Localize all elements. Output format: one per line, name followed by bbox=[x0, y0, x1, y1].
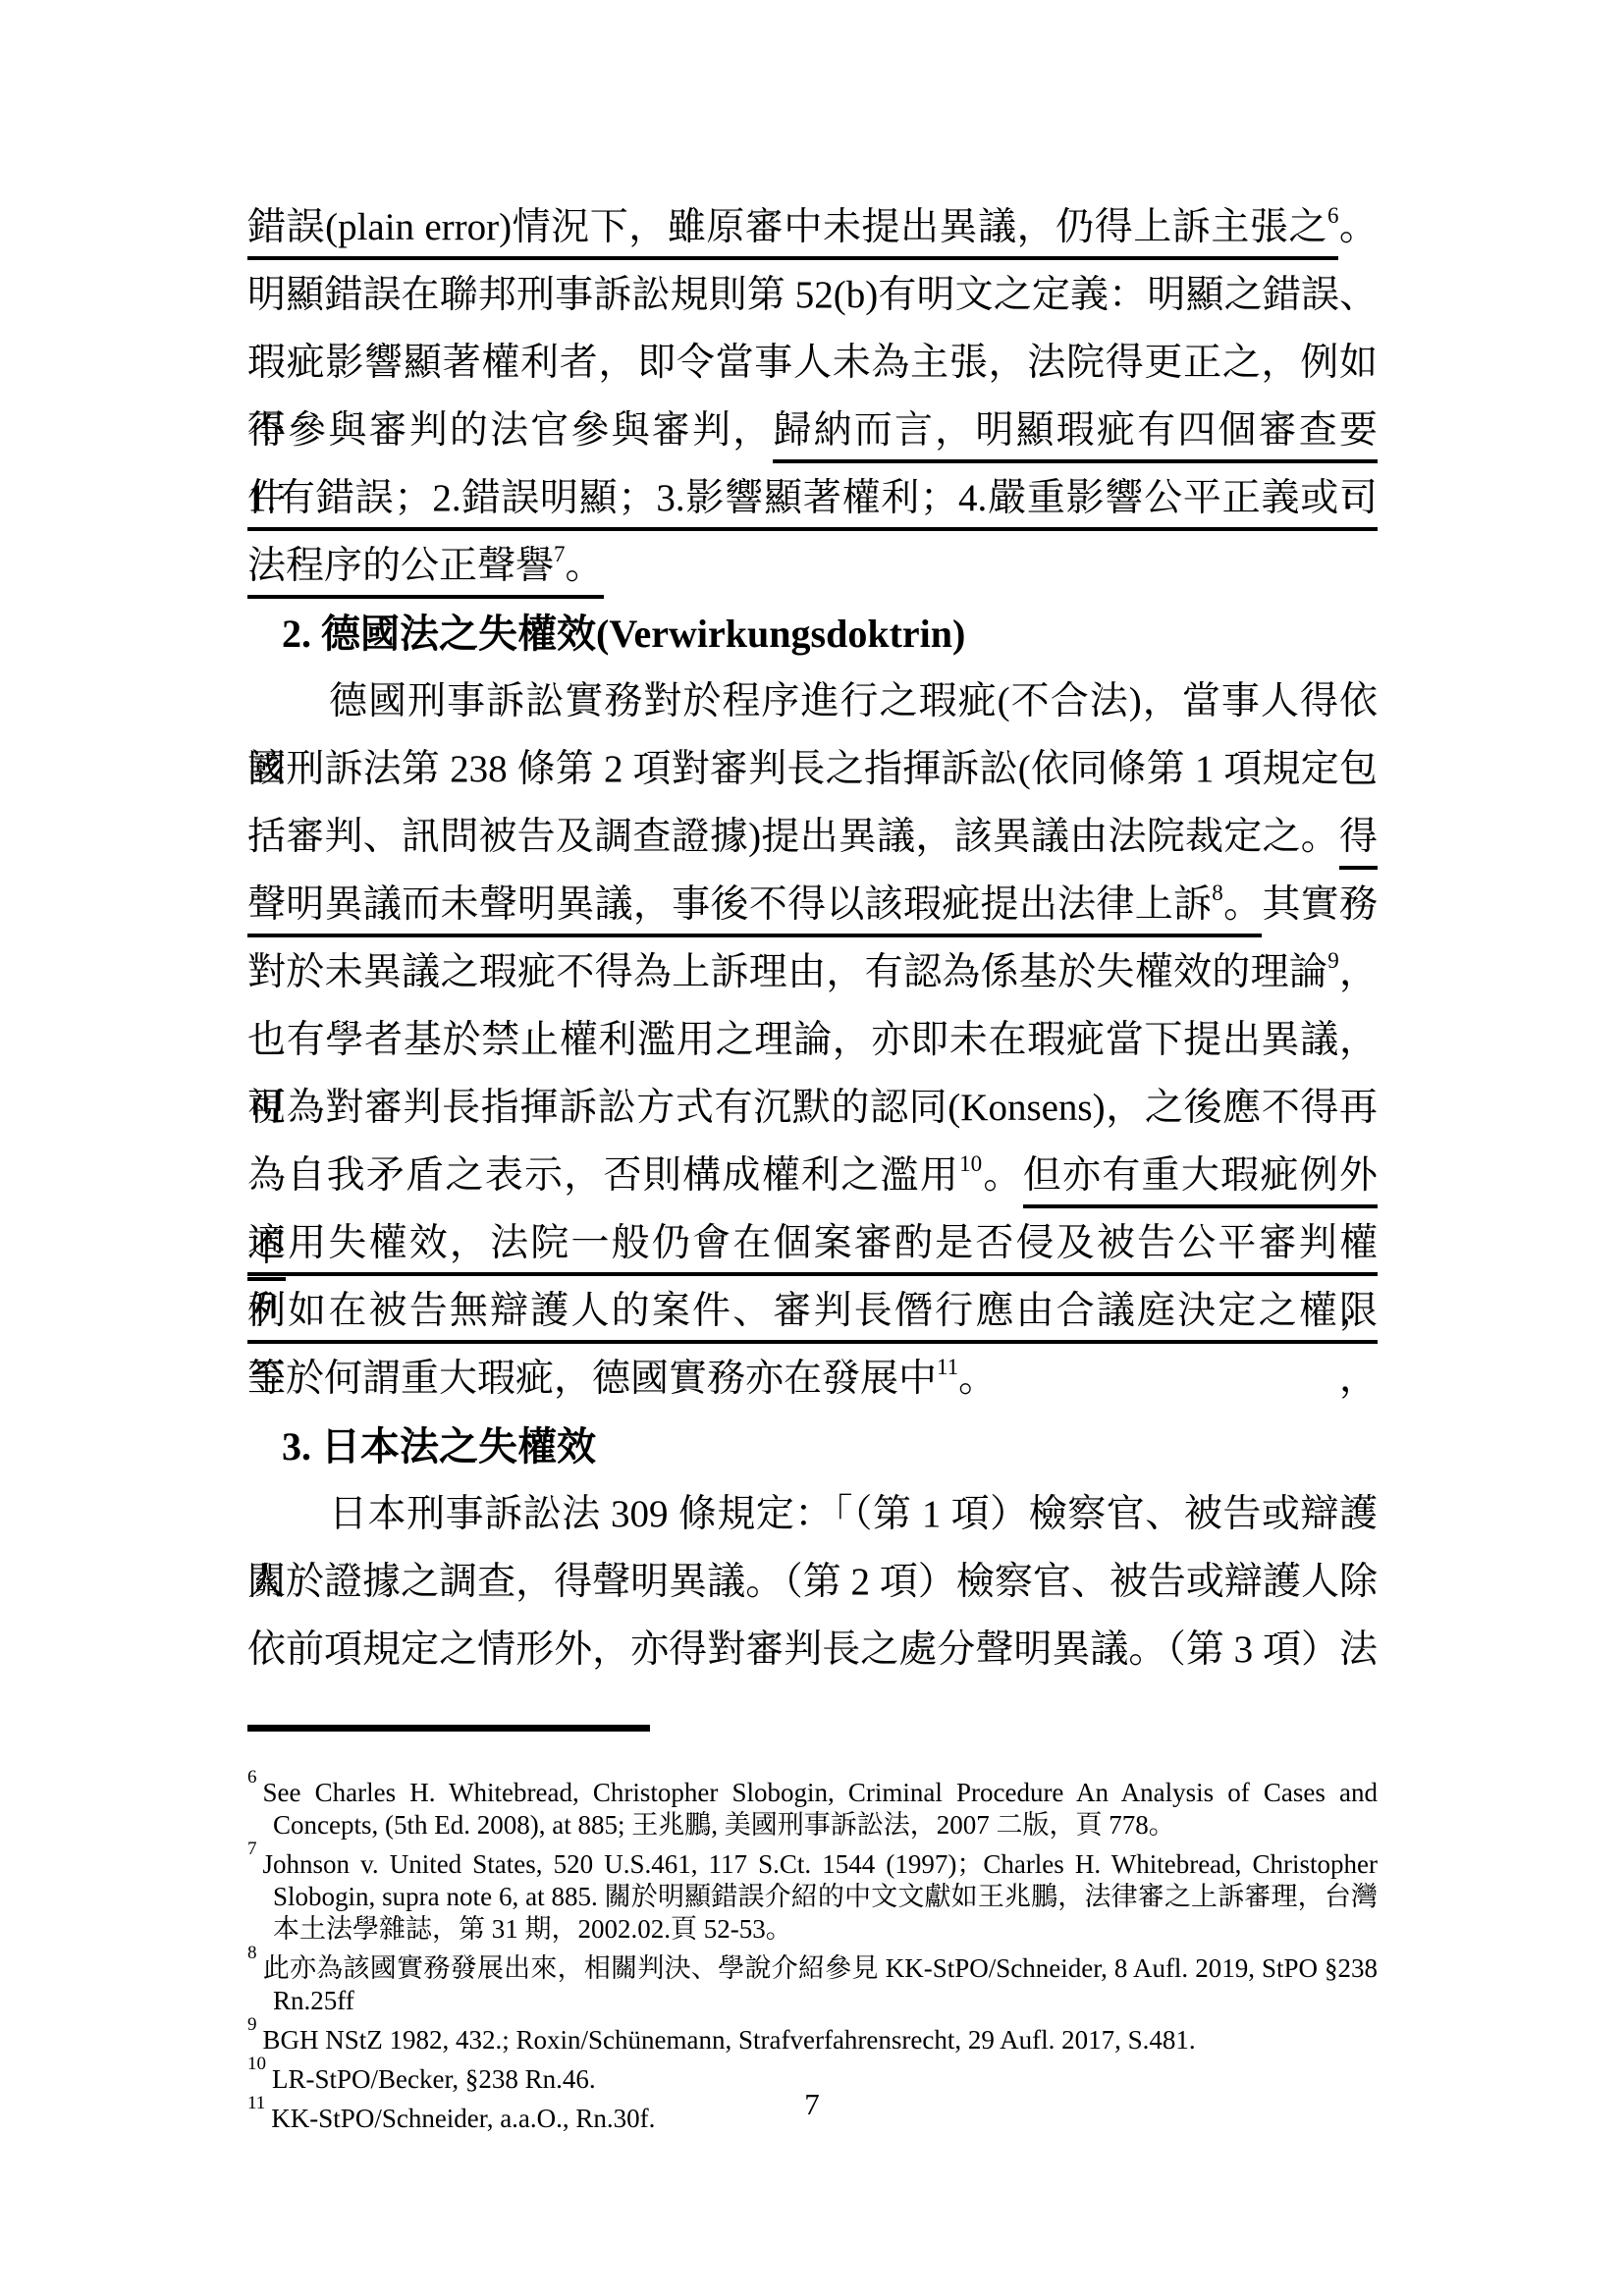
body-line: 德國刑事訴訟實務對於程序進行之瑕疵(不合法)，當事人得依該 bbox=[247, 667, 1378, 735]
footnote: 6See Charles H. Whitebread, Christopher … bbox=[247, 1770, 1378, 1842]
text-segment: 括審判、訊問被告及調查證據)提出異議，該異議由法院裁定之。 bbox=[247, 816, 1339, 858]
body-line: 關於證據之調查，得聲明異議。（第 2 項）檢察官、被告或辯護人除 bbox=[247, 1548, 1378, 1616]
footnote-ref: 9 bbox=[1327, 948, 1339, 973]
text-segment: 其實務 bbox=[1262, 883, 1378, 926]
body-line: 適用失權效，法院一般仍會在個案審酌是否侵及被告公平審判權利， bbox=[247, 1209, 1378, 1277]
text-segment: 明顯錯誤在聯邦刑事訴訟規則第 52(b)有明文之定義：明顯之錯誤、 bbox=[247, 274, 1378, 316]
text-segment: 關於證據之調查，得聲明異議。（第 2 項）檢察官、被告或辯護人除 bbox=[247, 1561, 1378, 1603]
footnote-ref: 6 bbox=[1327, 203, 1339, 228]
body-line: 依前項規定之情形外，亦得對審判長之處分聲明異議。（第 3 項）法 bbox=[247, 1616, 1378, 1683]
document-page: 錯誤(plain error)情況下，雖原審中未提出異議，仍得上訴主張之6。明顯… bbox=[0, 0, 1624, 2296]
footnote-marker: 10 bbox=[247, 2054, 266, 2074]
text-segment: 視為對審判長指揮訴訟方式有沉默的認同(Konsens)，之後應不得再 bbox=[247, 1087, 1378, 1129]
body-line: 對於未異議之瑕疵不得為上訴理由，有認為係基於失權效的理論9， bbox=[247, 938, 1378, 1006]
underlined-text: 錯誤(plain error)情況下，雖原審中未提出異議，仍得上訴主張之6 bbox=[247, 206, 1338, 260]
footnote-marker: 6 bbox=[247, 1767, 257, 1788]
footnote-text: Johnson v. United States, 520 U.S.461, 1… bbox=[263, 1849, 1379, 1944]
text-segment: 錯誤(plain error)情況下，雖原審中未提出異議，仍得上訴主張之 bbox=[247, 206, 1327, 248]
footnote-text: See Charles H. Whitebread, Christopher S… bbox=[263, 1778, 1379, 1840]
text-segment: 聲明異議而未聲明異議，事後不得以該瑕疵提出法律上訴 bbox=[247, 883, 1212, 926]
body-line: 括審判、訊問被告及調查證據)提出異議，該異議由法院裁定之。得 bbox=[247, 803, 1378, 871]
body-line: 視為對審判長指揮訴訟方式有沉默的認同(Konsens)，之後應不得再 bbox=[247, 1074, 1378, 1142]
text-segment: 2. 德國法之失權效(Verwirkungsdoktrin) bbox=[282, 612, 965, 656]
page-number: 7 bbox=[0, 2087, 1624, 2122]
footnote-ref: 7 bbox=[554, 542, 566, 566]
text-segment: 1.有錯誤；2.錯誤明顯；3.影響顯著權利；4.嚴重影響公平正義或司 bbox=[247, 477, 1378, 519]
body-line: 也有學者基於禁止權利濫用之理論，亦即未在瑕疵當下提出異議，可 bbox=[247, 1006, 1378, 1074]
text-segment: 法程序的公正聲譽 bbox=[247, 545, 554, 587]
footnote-ref: 11 bbox=[937, 1355, 958, 1379]
text-segment: 。 bbox=[1338, 206, 1378, 248]
body-line: 瑕疵影響顯著權利者，即令當事人未為主張，法院得更正之，例如不 bbox=[247, 329, 1378, 397]
text-segment: 為自我矛盾之表示，否則構成權利之濫用 bbox=[247, 1154, 959, 1197]
body-line: 國刑訴法第 238 條第 2 項對審判長之指揮訴訟(依同條第 1 項規定包 bbox=[247, 735, 1378, 803]
text-segment: 依前項規定之情形外，亦得對審判長之處分聲明異議。（第 3 項）法 bbox=[247, 1629, 1378, 1671]
footnote: 9BGH NStZ 1982, 432.; Roxin/Schünemann, … bbox=[247, 2017, 1378, 2056]
section-heading: 2. 德國法之失權效(Verwirkungsdoktrin) bbox=[247, 600, 1378, 667]
text-segment: 。 bbox=[982, 1154, 1023, 1197]
underlined-text: 法程序的公正聲譽7。 bbox=[247, 545, 604, 599]
body-line: 得參與審判的法官參與審判，歸納而言，明顯瑕疵有四個審查要件： bbox=[247, 397, 1378, 464]
body-line: 1.有錯誤；2.錯誤明顯；3.影響顯著權利；4.嚴重影響公平正義或司 bbox=[247, 464, 1378, 532]
body-line: 為自我矛盾之表示，否則構成權利之濫用10。但亦有重大瑕疵例外不 bbox=[247, 1142, 1378, 1209]
footnote-ref: 10 bbox=[959, 1151, 982, 1176]
text-segment: 。 bbox=[958, 1358, 997, 1400]
footnote-text: BGH NStZ 1982, 432.; Roxin/Schünemann, S… bbox=[263, 2025, 1196, 2055]
document-body: 錯誤(plain error)情況下，雖原審中未提出異議，仍得上訴主張之6。明顯… bbox=[247, 193, 1378, 1683]
text-segment: 對於未異議之瑕疵不得為上訴理由，有認為係基於失權效的理論 bbox=[247, 951, 1327, 993]
underlined-text: 得 bbox=[1339, 816, 1378, 870]
text-segment: 。 bbox=[1223, 883, 1263, 926]
underlined-text: 1.有錯誤；2.錯誤明顯；3.影響顯著權利；4.嚴重影響公平正義或司 bbox=[247, 477, 1378, 531]
footnote: 7Johnson v. United States, 520 U.S.461, … bbox=[247, 1842, 1378, 1946]
footnote-ref: 8 bbox=[1212, 881, 1223, 905]
section-heading: 3. 日本法之失權效 bbox=[247, 1413, 1378, 1480]
text-segment: 得參與審判的法官參與審判， bbox=[247, 409, 773, 452]
text-segment: 3. 日本法之失權效 bbox=[282, 1424, 596, 1468]
underlined-text: 聲明異議而未聲明異議，事後不得以該瑕疵提出法律上訴8。 bbox=[247, 883, 1262, 937]
text-segment: ， bbox=[1339, 951, 1378, 993]
text-segment: 至於何謂重大瑕疵，德國實務亦在發展中 bbox=[247, 1358, 937, 1400]
text-segment: 得 bbox=[1339, 816, 1378, 858]
body-line: 聲明異議而未聲明異議，事後不得以該瑕疵提出法律上訴8。其實務 bbox=[247, 871, 1378, 938]
body-line: 明顯錯誤在聯邦刑事訴訟規則第 52(b)有明文之定義：明顯之錯誤、 bbox=[247, 261, 1378, 329]
footnote-text: 此亦為該國實務發展出來，相關判決、學說介紹參見 KK-StPO/Schneide… bbox=[263, 1953, 1379, 2015]
footnotes: 6See Charles H. Whitebread, Christopher … bbox=[247, 1770, 1378, 2135]
footnote-marker: 9 bbox=[247, 2014, 257, 2035]
body-line: 例如在被告無辯護人的案件、審判長僭行應由合議庭決定之權限等， bbox=[247, 1277, 1378, 1345]
footnote-marker: 8 bbox=[247, 1943, 257, 1963]
text-segment: 國刑訴法第 238 條第 2 項對審判長之指揮訴訟(依同條第 1 項規定包 bbox=[247, 748, 1378, 790]
footnote-marker: 7 bbox=[247, 1839, 257, 1859]
text-segment: 。 bbox=[566, 545, 604, 587]
body-line: 日本刑事訴訟法 309 條規定：「（第 1 項）檢察官、被告或辯護人 bbox=[247, 1480, 1378, 1548]
footnote: 8此亦為該國實務發展出來，相關判決、學說介紹參見 KK-StPO/Schneid… bbox=[247, 1946, 1378, 2017]
body-line: 法程序的公正聲譽7。 bbox=[247, 532, 1378, 600]
body-line: 錯誤(plain error)情況下，雖原審中未提出異議，仍得上訴主張之6。 bbox=[247, 193, 1378, 261]
footnote-separator bbox=[247, 1725, 650, 1732]
